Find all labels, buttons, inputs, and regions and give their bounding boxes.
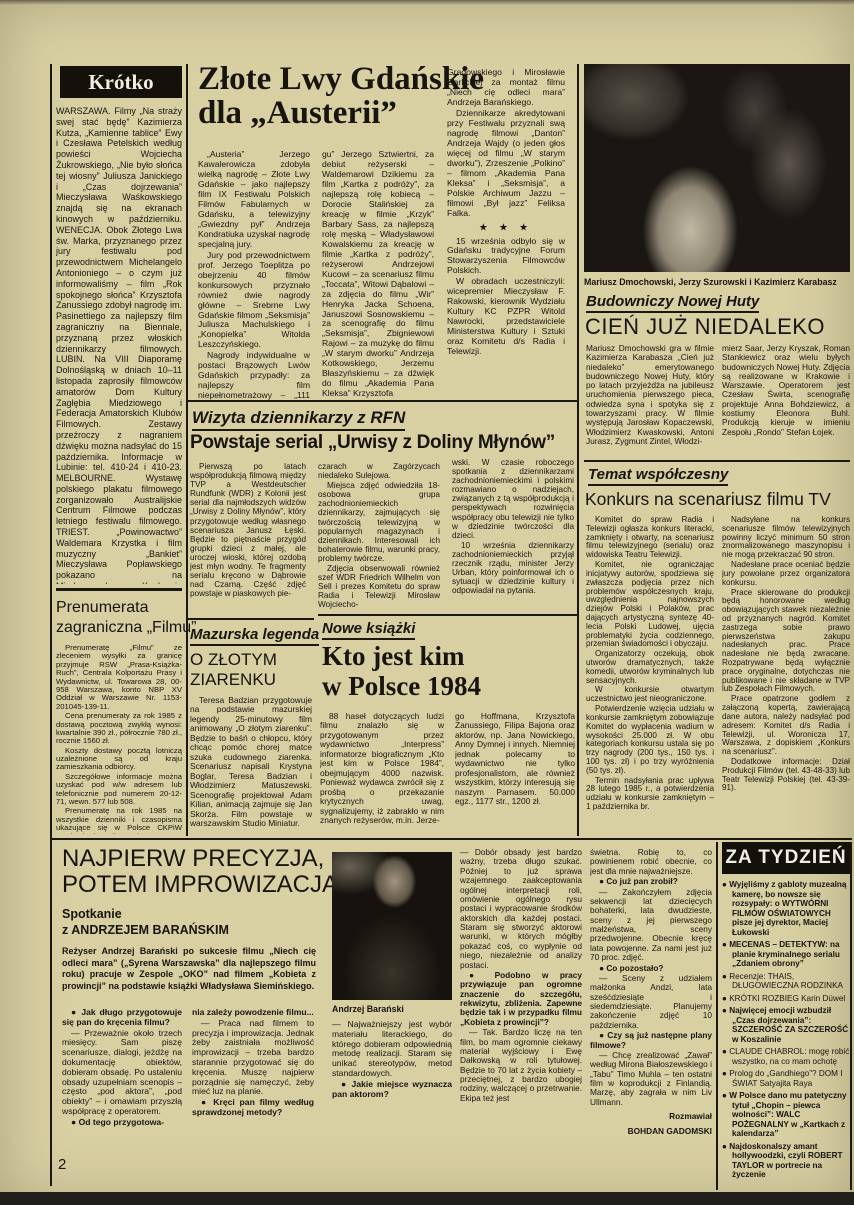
konkurs-col-1: Komitet do spraw Radia i Telewizji ogłas… [586, 516, 714, 836]
budowniczy-col-2: mierz Saar, Jerzy Kryszak, Roman Stankie… [722, 344, 850, 458]
mazurska-headline-line1: O ZŁOTYM [190, 650, 277, 670]
divider [584, 460, 850, 462]
divider [318, 614, 577, 616]
interview-subhead-line2: z ANDRZEJEM BARAŃSKIM [62, 922, 229, 938]
za-tydzien-title: ZA TYDZIEŃ [725, 847, 846, 869]
serial-headline: Powstaje serial „Urwisy z Doliny Młynów” [190, 432, 576, 454]
rfn-section-label: Wizyta dziennikarzy z RFN [192, 408, 405, 431]
budowniczy-col-1: Mariusz Dmochowski gra w filmie Kazimier… [586, 344, 714, 458]
interview-subhead: Spotkanie z ANDRZEJEM BARAŃSKIM [62, 906, 229, 939]
baranski-photo [332, 852, 452, 1000]
festival-photo-caption: Mariusz Dmochowski, Jerzy Szurowski i Ka… [584, 277, 850, 288]
krotko-section-header: Krótko [60, 66, 182, 98]
interview-intro-text: Reżyser Andrzej Barański po sukcesie fil… [62, 946, 316, 993]
books-col-2: go Hoffmana, Krzysztofa Zanussiego, Fili… [455, 712, 575, 838]
budowniczy-section-label: Budowniczy Nowej Huty [586, 293, 759, 313]
mazurska-headline: O ZŁOTYM ZIARENKU [190, 650, 277, 689]
krotko-title: Krótko [88, 70, 153, 95]
scan-edge-bottom [0, 1192, 854, 1205]
newspaper-page: Krótko WARSZAWA. Filmy „Na straży swej s… [0, 0, 854, 1205]
main-article-col-2: gu” Jerzego Sztwiertni, za debiut reżyse… [322, 150, 434, 400]
interview-headline-line2: POTEM IMPROWIZACJA [62, 872, 338, 898]
krotko-body: WARSZAWA. Filmy „Na straży swej stać będ… [56, 106, 182, 584]
interview-col-5: świetna. Robię to, co powinienem robić o… [590, 848, 712, 1182]
interview-headline: NAJPIERW PRECYZJA, POTEM IMPROWIZACJA [62, 846, 338, 899]
serial-col-3: wski. W czasie roboczego spotkania z dzi… [452, 458, 574, 614]
serial-col-1: Pierwszą po latach współprodukcją filmow… [190, 462, 306, 618]
interview-col-1: ● Jak długo przygotowuje się pan do kręc… [62, 1008, 182, 1160]
main-article-col-3: Gradowskiego i Mirosławie Garlickiej za … [447, 68, 565, 400]
divider [716, 842, 718, 1190]
divider [188, 618, 314, 620]
scan-edge-top [0, 0, 854, 5]
mazurska-headline-line2: ZIARENKU [190, 670, 277, 690]
divider [577, 64, 579, 836]
budowniczy-headline: CIEŃ JUŻ NIEDALEKO [585, 314, 825, 340]
prenumerata-body: Prenumeratę „Filmu” ze zleceniem wysyłki… [56, 644, 182, 834]
divider [50, 838, 852, 840]
konkurs-headline: Konkurs na scenariusz filmu TV [585, 489, 831, 510]
prenumerata-title-line2: zagraniczna „Filmu” [56, 618, 196, 638]
books-section-label: Nowe książki [322, 620, 415, 640]
konkurs-col-2: Nadsyłane na konkurs scenariusze filmów … [722, 516, 850, 836]
za-tydzien-list: ● Wyjęliśmy z gabloty muzealną kamerę, b… [722, 880, 850, 1186]
interview-col-3: — Najważniejszy jest wybór materiału lit… [332, 1020, 452, 1170]
prenumerata-title: Prenumerata zagraniczna „Filmu” [56, 598, 196, 638]
mazurska-section-label: Mazurska legenda [190, 626, 319, 646]
prenumerata-title-line1: Prenumerata [56, 598, 196, 618]
mazurska-body: Teresa Badzian przygotowuje na podstawie… [190, 696, 312, 838]
interview-col-2: nia zależy powodzenie filmu...— Praca na… [192, 1008, 314, 1160]
baranski-photo-caption: Andrzej Barański [332, 1004, 452, 1015]
interview-intro: Reżyser Andrzej Barański po sukcesie fil… [62, 946, 316, 1004]
interview-headline-line1: NAJPIERW PRECYZJA, [62, 846, 338, 872]
serial-col-2: czarach w Zagórzycach niedaleko Sulejowa… [318, 462, 440, 614]
temat-section-label: Temat współczesny [588, 466, 728, 486]
main-article-col-1: „Austeria” Jerzego Kawalerowicza zdobyła… [198, 150, 310, 400]
divider [56, 588, 182, 591]
books-col-1: 88 haseł dotyczących ludzi filmu znalazł… [320, 712, 444, 838]
page-number: 2 [58, 1156, 66, 1173]
interview-col-4: — Dobór obsady jest bardzo ważny, trzeba… [460, 848, 582, 1182]
za-tydzien-header: ZA TYDZIEŃ [722, 842, 850, 874]
divider [50, 64, 52, 1186]
divider [188, 400, 577, 402]
festival-photo [584, 64, 850, 272]
divider [186, 64, 188, 836]
books-headline: Kto jest kim w Polsce 1984 [322, 642, 481, 701]
divider [850, 842, 852, 1190]
books-headline-line1: Kto jest kim [322, 642, 481, 672]
interview-subhead-line1: Spotkanie [62, 906, 229, 922]
books-headline-line2: w Polsce 1984 [322, 672, 481, 702]
